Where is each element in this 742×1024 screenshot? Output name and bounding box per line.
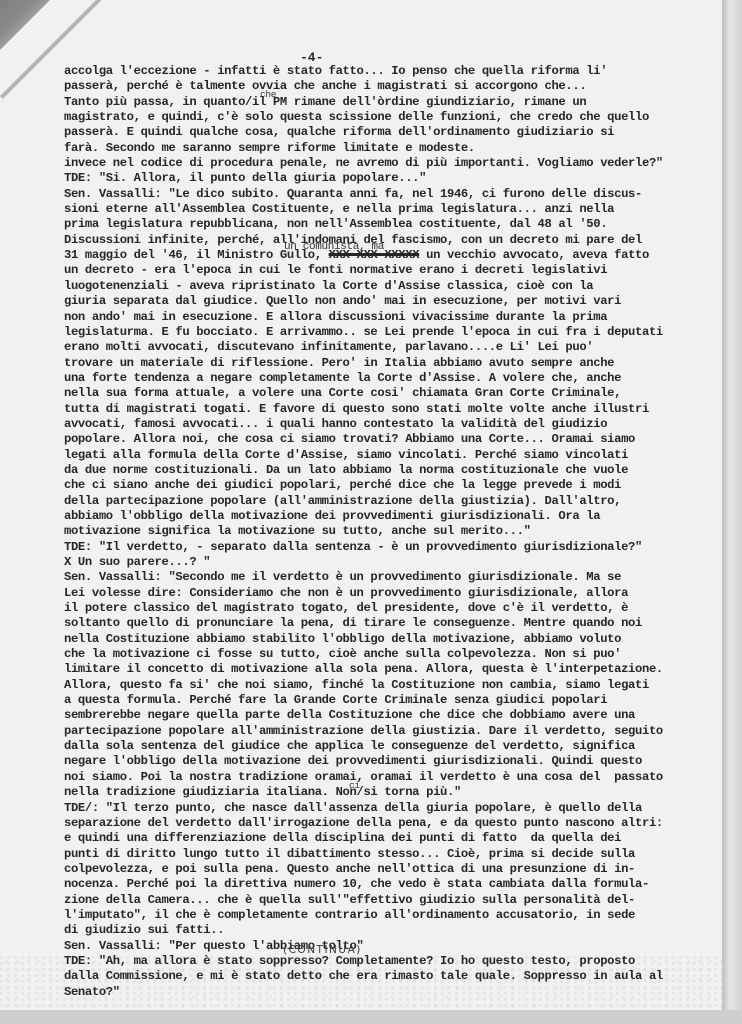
- text-line: Sen. Vassalli: "Per questo l'abbiamo tol…: [64, 939, 704, 954]
- text-line: TDE/: "Il terzo punto, che nasce dall'as…: [64, 801, 704, 816]
- document-page: -4- accolga l'eccezione - infatti è stat…: [0, 0, 722, 1010]
- text-line: motivazione significa la motivazione su …: [64, 524, 704, 539]
- text-line: avvocati, famosi avvocati... i quali han…: [64, 417, 704, 432]
- text-line: partecipazione popolare all'amministrazi…: [64, 724, 704, 739]
- text-line: nella tradizione giudiziaria italiana. N…: [64, 785, 704, 800]
- text-line: 31 maggio del '46, il Ministro Gullo, XX…: [64, 248, 704, 263]
- text-line: a questa formula. Perché fare la Grande …: [64, 693, 704, 708]
- page-number: -4-: [300, 50, 323, 65]
- text-line: giuria separata dal giudice. Quello non …: [64, 294, 704, 309]
- text-line: accolga l'eccezione - infatti è stato fa…: [64, 64, 704, 79]
- text-line: legati alla formula della Corte d'Assise…: [64, 448, 704, 463]
- text-line: zione della Camera... che è quella sull'…: [64, 893, 704, 908]
- text-line: Sen. Vassalli: "Secondo me il verdetto è…: [64, 570, 704, 585]
- text-line: abbiamo l'obbligo della motivazione dei …: [64, 509, 704, 524]
- text-line: Lei volesse dire: Consideriamo che non è…: [64, 586, 704, 601]
- text-line: dalla sola sentenza del giudice che appl…: [64, 739, 704, 754]
- text-line: TDE: "Il verdetto, - separato dalla sent…: [64, 540, 704, 555]
- text-line: della partecipazione popolare (all'ammin…: [64, 494, 704, 509]
- text-line: legislaturma. E fu bocciato. E arrivammo…: [64, 325, 704, 340]
- text-line: luogotenenziali - aveva ripristinato la …: [64, 279, 704, 294]
- text-line: Tanto più passa, in quanto/il PM rimane …: [64, 95, 704, 110]
- page-edge-bottom: [0, 1010, 742, 1024]
- text-line: erano molti avvocati, discutevano infini…: [64, 340, 704, 355]
- text-line: nella sua forma attuale, a volere una Co…: [64, 386, 704, 401]
- text-line: invece nel codice di procedura penale, n…: [64, 156, 704, 171]
- text-line: trovare un materiale di riflessione. Per…: [64, 356, 704, 371]
- text-line: l'imputato", il che è completamente cont…: [64, 908, 704, 923]
- page-edge-right: [722, 0, 742, 1024]
- text-line: nocenza. Perché poi la direttiva numero …: [64, 877, 704, 892]
- typed-insertion-un-comunista: un comunista, ma: [284, 240, 384, 255]
- text-line: che ci siano anche dei giudici popolari,…: [64, 478, 704, 493]
- text-line: e quindi una differenziazione della disc…: [64, 831, 704, 846]
- typed-insertion-ci: ci: [349, 778, 360, 793]
- text-line: nella Costituzione abbiamo stabilito l'o…: [64, 632, 704, 647]
- text-line: noi siamo. Poi la nostra tradizione oram…: [64, 770, 704, 785]
- text-line: popolare. Allora noi, che cosa ci siamo …: [64, 432, 704, 447]
- handwritten-insertion-che: che: [260, 87, 276, 102]
- typewritten-body: accolga l'eccezione - infatti è stato fa…: [64, 64, 704, 1000]
- text-line: di giudizio sui fatti..: [64, 923, 704, 938]
- text-line: sioni eterne all'Assemblea Costituente, …: [64, 202, 704, 217]
- photocopy-speckle: [0, 955, 722, 1010]
- text-line: limitare il concetto di motivazione alla…: [64, 662, 704, 677]
- text-line: che la motivazione ci fosse su tutto, ci…: [64, 647, 704, 662]
- text-line: Allora, questo fa si' che noi siamo, fin…: [64, 678, 704, 693]
- text-line: il potere classico del magistrato togato…: [64, 601, 704, 616]
- text-line: passerà. E quindi qualche cosa, qualche …: [64, 125, 704, 140]
- text-line: punti di diritto lungo tutto il dibattim…: [64, 847, 704, 862]
- text-line: Sen. Vassalli: "Le dico subito. Quaranta…: [64, 187, 704, 202]
- text-line: X Un suo parere...? ": [64, 555, 704, 570]
- text-line: non ando' mai in esecuzione. E allora di…: [64, 310, 704, 325]
- text-line: una forte tendenza a negare completament…: [64, 371, 704, 386]
- text-line: un decreto - era l'epoca in cui le fonti…: [64, 263, 704, 278]
- text-line: negare l'obbligo della motivazione dei p…: [64, 754, 704, 769]
- text-line: sembrerebbe negare quella parte della Co…: [64, 708, 704, 723]
- text-line: prima legislatura repubblicana, non nell…: [64, 217, 704, 232]
- text-line: da due norme costituzionali. Da un lato …: [64, 463, 704, 478]
- text-line: TDE: "Si. Allora, il punto della giuria …: [64, 171, 704, 186]
- text-line: separazione del verdetto dall'irrogazion…: [64, 816, 704, 831]
- text-line: farà. Secondo me saranno sempre riforme …: [64, 141, 704, 156]
- text-line: colpevolezza, e poi sulla pena. Questo a…: [64, 862, 704, 877]
- text-line: passerà, perché è talmente ovvia che anc…: [64, 79, 704, 94]
- text-line: tutta di magistrati togati. E favore di …: [64, 402, 704, 417]
- text-line: soltanto quello di pronunciare la pena, …: [64, 616, 704, 631]
- text-line: magistrato, e quindi, c'è solo questa sc…: [64, 110, 704, 125]
